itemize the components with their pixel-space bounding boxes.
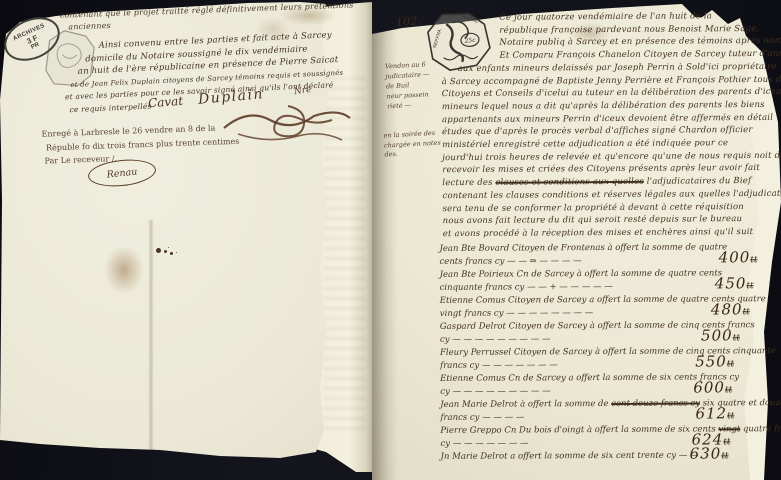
bid-entry: Jean Marie Delrot à offert la somme de c… (440, 397, 772, 425)
livre-symbol: tt (721, 451, 728, 461)
bid-amount: 630 (690, 444, 722, 462)
struck-segment: clauses et conditions aux quelles (496, 177, 644, 188)
page-number: 102. (396, 14, 422, 29)
bid-amount: 550 (695, 352, 727, 370)
bid-text: quatre francs (740, 424, 781, 434)
bid-dashes: cy — — — — — — — (440, 436, 528, 450)
bid-text: Jean Bte Bovard Citoyen de Frontenas à o… (439, 242, 727, 254)
livre-symbol: tt (743, 307, 750, 317)
archives-stamp-text: PR (30, 41, 40, 50)
bid-dashes: cy — — — — — — — — — (440, 384, 550, 399)
bid-entry: Fleury Perrussel Citoyen de Sarcey à off… (440, 345, 772, 373)
line-segment: l'adjudicataires du Bief (644, 176, 752, 187)
ink-dots (156, 248, 161, 253)
act-body-text: Ce jour quatorze vendémiaire de l'an hui… (441, 10, 777, 241)
bid-amount: 400 (719, 248, 751, 266)
bid-dashes: cents francs cy — — ⇒ — — — — (439, 254, 581, 269)
manuscript-photo: 102. 25c REP.FRA. RHONE Vendon au 6 judi… (0, 0, 781, 480)
struck-segment: cent douze francs cy (611, 399, 700, 409)
brown-blotch-stain (104, 246, 144, 294)
bid-amount: 600 (693, 378, 725, 396)
livre-symbol: tt (750, 255, 757, 265)
bid-text: Jean Marie Delrot à offert la somme de (440, 399, 611, 410)
bid-entry: Jean Bte Poirieux Cn de Sarcey à offert … (440, 267, 772, 295)
bid-dashes: vingt francs cy — — — — — — — — (440, 306, 593, 321)
receiver-signature: Renau (106, 166, 138, 180)
manuscript-line: et avons procédé à la réception des mise… (443, 226, 777, 241)
bid-text: Jean Bte Poirieux Cn de Sarcey à offert … (440, 268, 723, 279)
bid-entry: Jean Bte Bovard Citoyen de Frontenas à o… (439, 241, 771, 269)
signature-cavat: Cavat (148, 94, 184, 110)
bid-list: Jean Bte Bovard Citoyen de Frontenas à o… (439, 241, 772, 465)
livre-symbol: tt (727, 411, 734, 421)
bid-entry: Gaspard Delrot Citoyen de Sarcey à offer… (440, 319, 772, 347)
bid-amount: 480 (711, 300, 743, 318)
line-segment: lecture des (442, 178, 495, 188)
bid-text: Jn Marie Delrot a offert la somme de six… (441, 451, 699, 462)
bid-text: Pierre Greppo Cn Du bois d'oingt à offer… (440, 424, 718, 435)
bid-dashes: francs cy — — — — (440, 410, 524, 424)
margin-note-2: en la soirée des chargée en notes des. (383, 128, 444, 160)
bid-amount: 500 (701, 326, 733, 344)
margin-note-1: Vendon au 6 judicataire — de Buil neur p… (385, 59, 444, 112)
bid-entry: Etienne Comus Citoyen de Sarcey a offert… (440, 293, 772, 321)
paper-crease (148, 220, 154, 450)
livre-symbol: tt (725, 385, 732, 395)
livre-symbol: tt (746, 281, 753, 291)
livre-symbol: tt (727, 359, 734, 369)
bid-dashes: cy — — — — — — — — — (440, 332, 550, 347)
bid-dashes: francs cy — — — — — — — (440, 358, 558, 373)
bid-amount: 450 (715, 274, 747, 292)
bid-entry: Etienne Comus Cn de Sarcey a offert la s… (440, 371, 772, 399)
bid-dashes: cinquante francs cy — — + — — — — — (440, 280, 613, 295)
bid-amount: 612 (695, 404, 727, 422)
bid-entry: Jn Marie Delrot a offert la somme de six… (441, 449, 773, 465)
livre-symbol: tt (733, 333, 740, 343)
